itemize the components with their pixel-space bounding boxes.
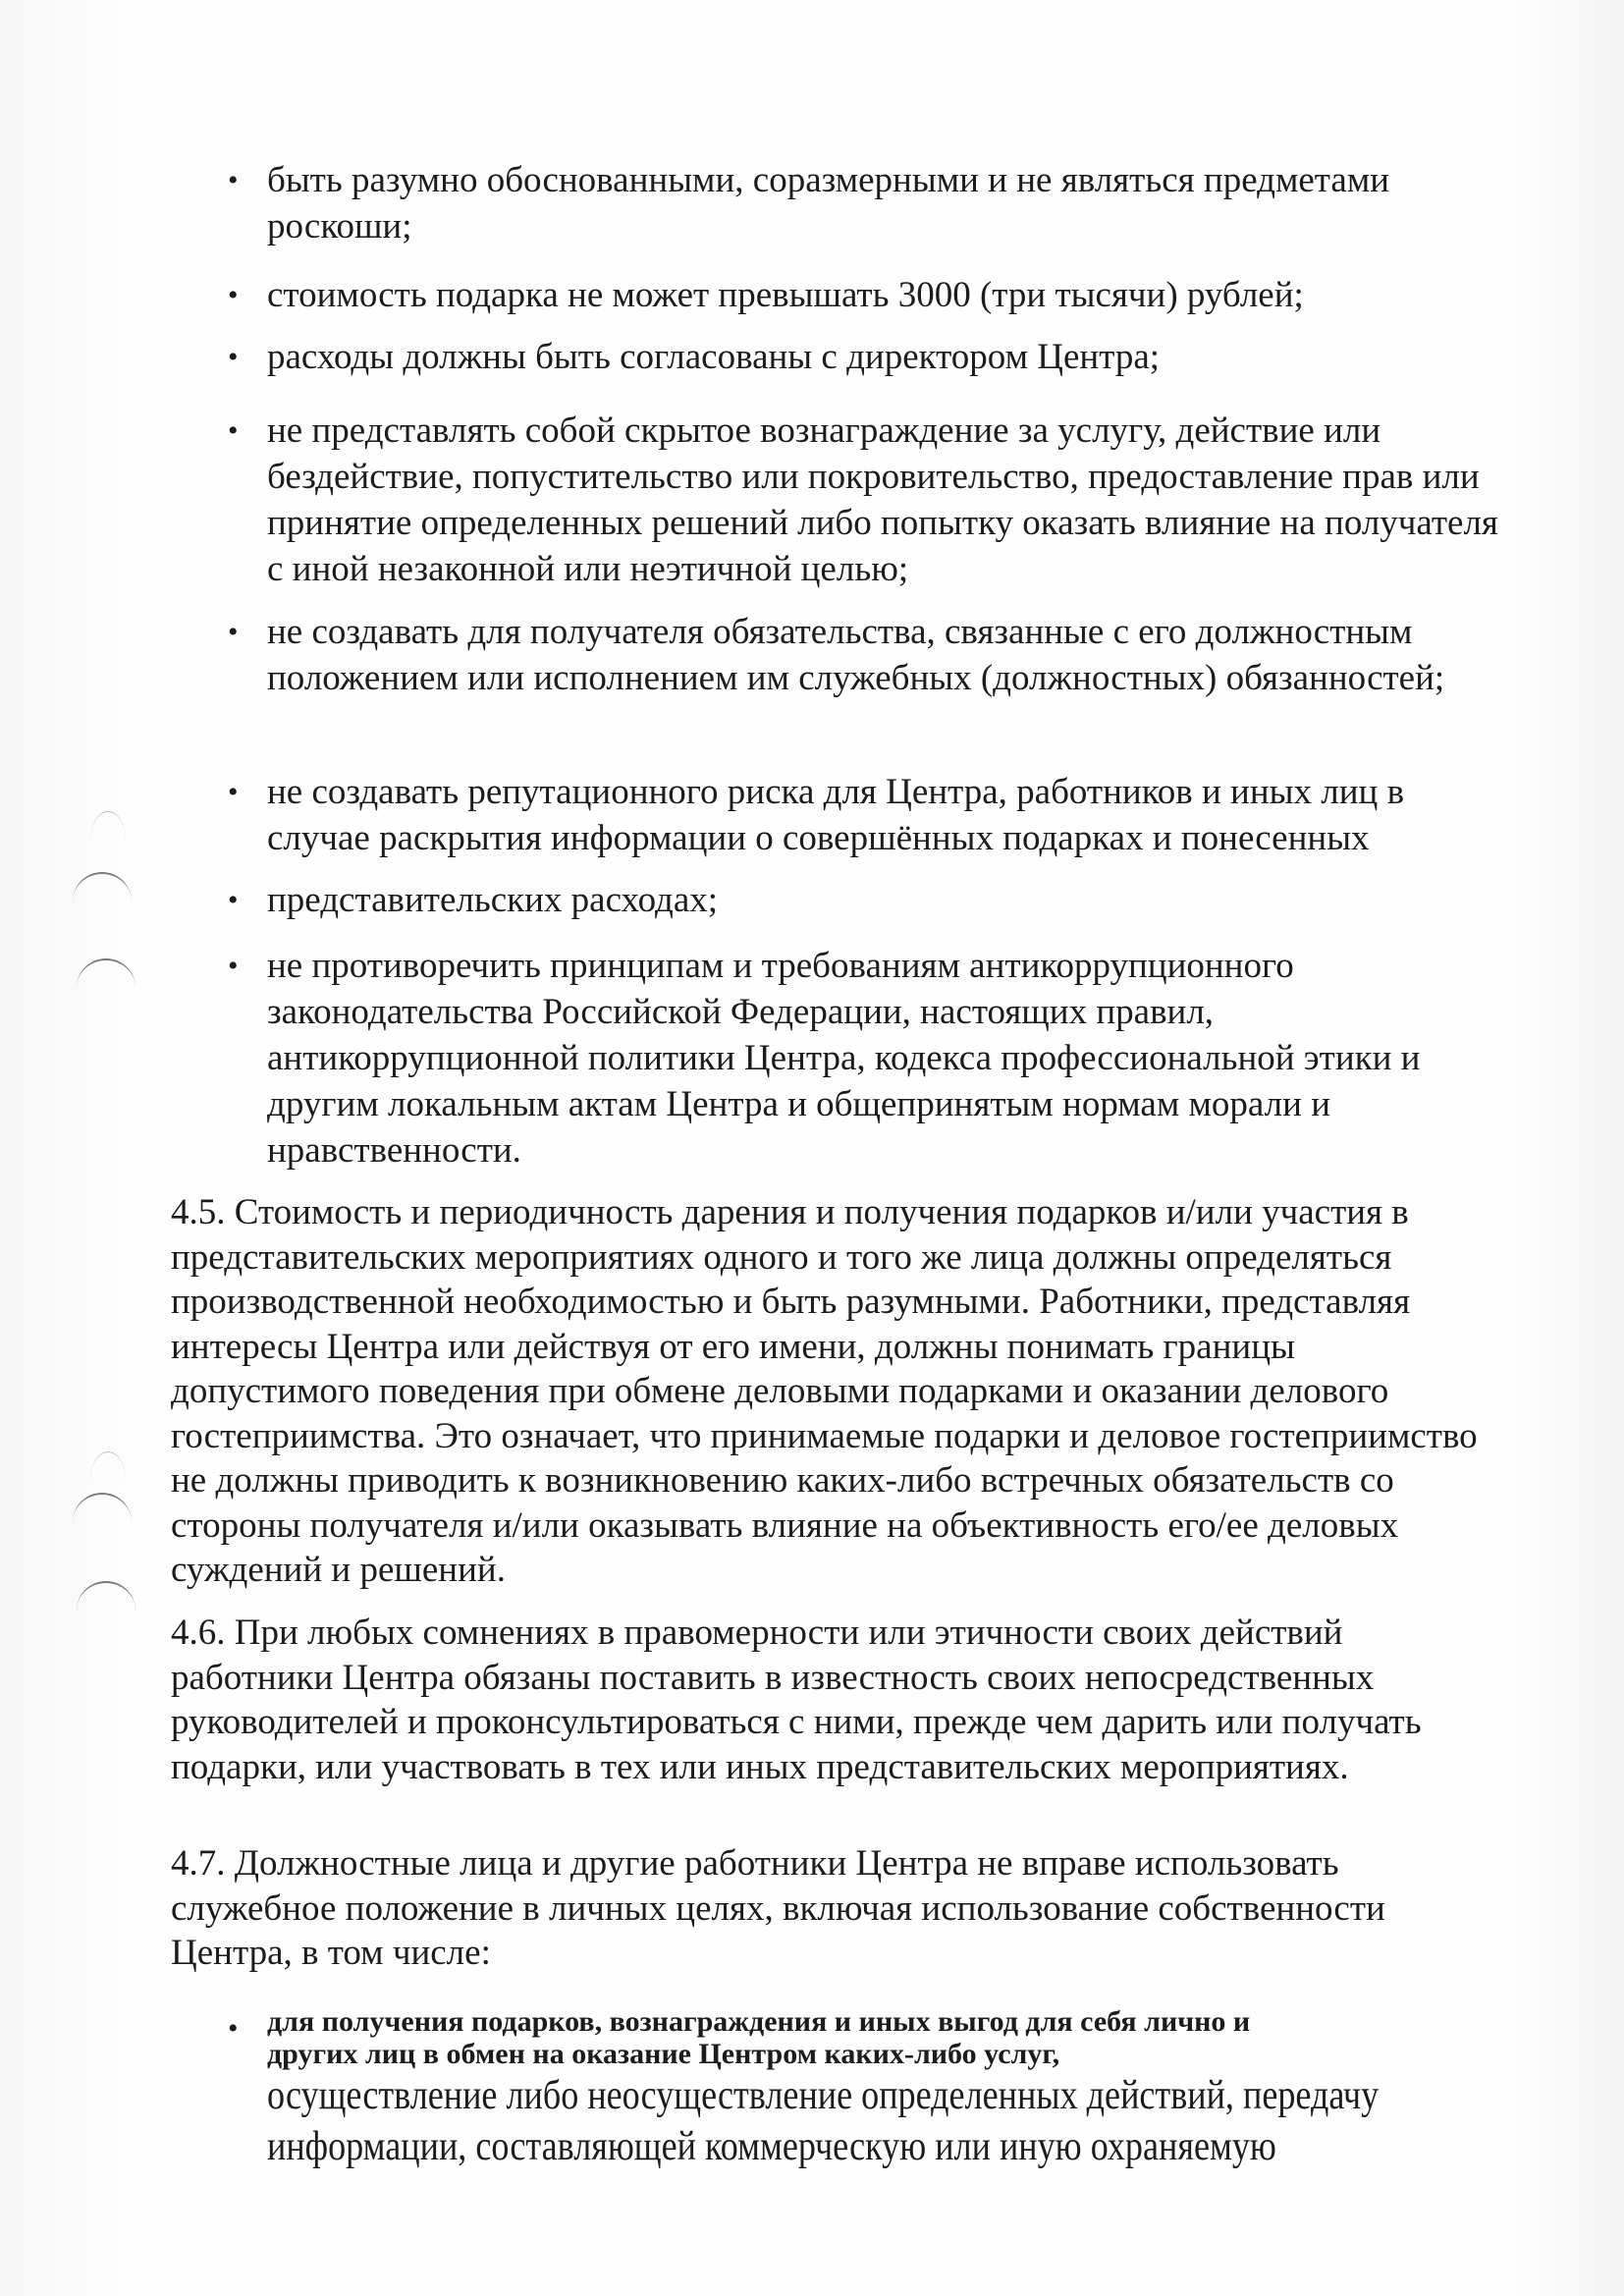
list-item-line: осуществление либо неосуществление опред… (267, 2070, 1517, 2121)
list-item-line: для получения подарков, вознаграждения и… (267, 2005, 1514, 2038)
section-4-6: 4.6. При любых сомнениях в правомерности… (171, 1611, 1487, 1789)
list-item-line: информации, составляющей коммерческую ил… (267, 2121, 1517, 2172)
section-4-7: 4.7. Должностные лица и другие работники… (171, 1841, 1487, 1976)
list-item-text: представительских расходах; (267, 877, 1514, 923)
section-4-5: 4.5. Стоимость и периодичность дарения и… (171, 1190, 1487, 1593)
bullet-icon: • (228, 943, 267, 989)
list-item-line: других лиц в обмен на оказание Центром к… (267, 2038, 1514, 2070)
bullet-icon: • (228, 769, 267, 815)
scan-left-shadow (0, 0, 137, 2296)
section-number: 4.5. (171, 1192, 226, 1232)
list-item-text: не противоречить принципам и требованиям… (267, 943, 1514, 1174)
list-item-text: расходы должны быть согласованы с директ… (267, 334, 1514, 380)
list-item-text: для получения подарков, вознаграждения и… (267, 2005, 1514, 2172)
section-number: 4.6. (171, 1613, 226, 1653)
list-item-text: быть разумно обоснованными, соразмерными… (267, 157, 1514, 249)
list-item-text: не представлять собой скрытое вознагражд… (267, 408, 1514, 592)
section-number: 4.7. (171, 1843, 226, 1884)
bullet-icon: • (228, 2005, 267, 2051)
bullet-icon: • (228, 272, 267, 318)
bullet-icon: • (228, 408, 267, 454)
bullet-icon: • (228, 609, 267, 655)
list-item-text: стоимость подарка не может превышать 300… (267, 272, 1514, 318)
list-item-text: не создавать для получателя обязательств… (267, 609, 1514, 701)
section-text: Стоимость и периодичность дарения и полу… (171, 1192, 1478, 1590)
bullet-icon: • (228, 877, 267, 923)
document-page: • быть разумно обоснованными, соразмерны… (0, 0, 1624, 2296)
scan-right-shadow (1506, 0, 1624, 2296)
bullet-icon: • (228, 157, 267, 203)
section-text: Должностные лица и другие работники Цент… (171, 1843, 1385, 1973)
list-item-text: не создавать репутационного риска для Це… (267, 769, 1514, 861)
section-text: При любых сомнениях в правомерности или … (171, 1613, 1422, 1787)
bullet-icon: • (228, 334, 267, 380)
